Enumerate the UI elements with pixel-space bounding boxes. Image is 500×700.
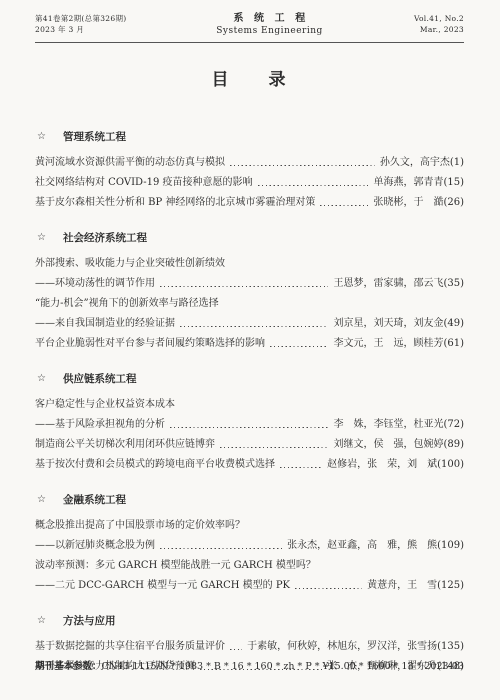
entry-subtitle: ——二元 DCC-GARCH 模型与一元 GARCH 模型的 PK [35, 576, 290, 596]
toc-entry-subtitle-row: ——环境动荡性的调节作用 王恩梦，雷家骕，邵云飞(35) [35, 274, 464, 294]
toc-entry: 制造商公平关切梯次利用闭环供应链博弈 刘继文，侯 强，包婉婷(89) [35, 435, 464, 455]
page-number: (125) [437, 580, 464, 591]
journal-parameters-label: 期刊基本参数： [35, 661, 102, 672]
entry-authors: 刘京星，刘天琦，刘友金(49) [333, 314, 464, 334]
toc-sections: ☆ 管理系统工程 黄河流域水资源供需平衡的动态仿真与模拟 孙久文，高宇杰(1) … [35, 127, 464, 677]
issue-date-line: 2023 年 3 月 [35, 24, 185, 35]
author-names: 黄薏舟，王 雪 [367, 580, 437, 591]
entry-authors: 王恩梦，雷家骕，邵云飞(35) [333, 274, 464, 294]
entry-authors: 张永杰，赵亚鑫，高 雅，熊 熊(109) [287, 536, 464, 556]
star-icon: ☆ [37, 127, 46, 147]
section-supply-chain-systems: ☆ 供应链系统工程 客户稳定性与企业权益资本成本 ——基于风险承担视角的分析 李… [35, 369, 464, 475]
toc-entry-title-row: “能力-机会”视角下的创新效率与路径选择 [35, 294, 464, 314]
author-names: 李文元，王 远，顾桂芳 [333, 338, 443, 349]
journal-title-en: Systems Engineering [185, 25, 354, 37]
section-socioeconomic-systems: ☆ 社会经济系统工程 外部搜索、吸收能力与企业突破性创新绩效 ——环境动荡性的调… [35, 228, 464, 354]
dot-leader [320, 193, 368, 213]
page-number: (61) [443, 338, 464, 349]
entry-title: 外部搜索、吸收能力与企业突破性创新绩效 [35, 254, 225, 274]
author-names: 刘继文，侯 强，包婉婷 [333, 439, 443, 450]
page-number: (49) [443, 318, 464, 329]
author-names: 于素敏，何秋婷，林旭东，罗汉洋，张雪扬 [247, 641, 437, 652]
entry-subtitle: ——来自我国制造业的经验证据 [35, 314, 175, 334]
dot-leader [160, 274, 328, 294]
toc-entry-subtitle-row: ——来自我国制造业的经验证据 刘京星，刘天琦，刘友金(49) [35, 314, 464, 334]
section-label: 方法与应用 [63, 611, 116, 631]
journal-toc-page: 第41卷第2期(总第326期) 2023 年 3 月 系 统 工 程 Syste… [0, 0, 500, 700]
author-names: 单海燕，郭青青 [373, 177, 443, 188]
dot-leader [170, 415, 328, 435]
toc-entry-subtitle-row: ——以新冠肺炎概念股为例 张永杰，赵亚鑫，高 雅，熊 熊(109) [35, 536, 464, 556]
author-names: 孙久文，高宇杰 [380, 157, 450, 168]
toc-entry-title-row: 外部搜索、吸收能力与企业突破性创新绩效 [35, 254, 464, 274]
toc-entry: 基于皮尔森相关性分析和 BP 神经网络的北京城市雾霾治理对策 张晓彬，于 澔(2… [35, 193, 464, 213]
toc-entry: 平台企业脆弱性对平台参与者间履约策略选择的影响 李文元，王 远，顾桂芳(61) [35, 334, 464, 354]
toc-entry: 基于数据挖掘的共享住宿平台服务质量评价 于素敏，何秋婷，林旭东，罗汉洋，张雪扬(… [35, 637, 464, 657]
star-icon: ☆ [37, 228, 46, 248]
entry-authors: 于素敏，何秋婷，林旭东，罗汉洋，张雪扬(135) [247, 637, 464, 657]
dot-leader [230, 637, 242, 657]
dot-leader [230, 153, 375, 173]
dot-leader [258, 173, 369, 193]
section-label: 管理系统工程 [63, 127, 126, 147]
toc-entry-title-row: 波动率预测：多元 GARCH 模型能战胜一元 GARCH 模型吗？ [35, 556, 464, 576]
entry-subtitle: ——基于风险承担视角的分析 [35, 415, 165, 435]
entry-title: “能力-机会”视角下的创新效率与路径选择 [35, 294, 219, 314]
entry-authors: 单海燕，郭青青(15) [373, 173, 464, 193]
author-names: 赵修岩，张 荣，刘 斌 [327, 459, 437, 470]
toc-entry: 基于按次付费和会员模式的跨境电商平台收费模式选择 赵修岩，张 荣，刘 斌(100… [35, 455, 464, 475]
section-heading: ☆ 方法与应用 [37, 611, 464, 631]
entry-title: 制造商公平关切梯次利用闭环供应链博弈 [35, 435, 215, 455]
journal-parameters-line: 期刊基本参数：CN43-1115/N * 1983 * B * 16 * 160… [35, 660, 470, 674]
page-number: (1) [450, 157, 464, 168]
star-icon: ☆ [37, 369, 46, 389]
author-names: 张永杰，赵亚鑫，高 雅，熊 熊 [287, 540, 437, 551]
dot-leader [160, 536, 282, 556]
toc-entry-title-row: 概念股推出提高了中国股票市场的定价效率吗？ [35, 516, 464, 536]
section-heading: ☆ 管理系统工程 [37, 127, 464, 147]
entry-authors: 刘继文，侯 强，包婉婷(89) [333, 435, 464, 455]
toc-entry-subtitle-row: ——基于风险承担视角的分析 李 姝，李钰堂，杜亚光(72) [35, 415, 464, 435]
dot-leader [270, 334, 328, 354]
page-number: (89) [443, 439, 464, 450]
entry-title: 概念股推出提高了中国股票市场的定价效率吗？ [35, 516, 245, 536]
volume-number-en: Vol.41, No.2 [354, 13, 464, 24]
entry-title: 基于数据挖掘的共享住宿平台服务质量评价 [35, 637, 225, 657]
author-names: 刘京星，刘天琦，刘友金 [333, 318, 443, 329]
entry-authors: 孙久文，高宇杰(1) [380, 153, 464, 173]
entry-title: 黄河流域水资源供需平衡的动态仿真与模拟 [35, 153, 225, 173]
page-number: (135) [437, 641, 464, 652]
star-icon: ☆ [37, 490, 46, 510]
page-number: (15) [443, 177, 464, 188]
author-names: 张晓彬，于 澔 [373, 197, 443, 208]
section-financial-systems: ☆ 金融系统工程 概念股推出提高了中国股票市场的定价效率吗？ ——以新冠肺炎概念… [35, 490, 464, 596]
page-number: (35) [443, 278, 464, 289]
issue-date-en: Mar., 2023 [354, 24, 464, 35]
entry-subtitle: ——以新冠肺炎概念股为例 [35, 536, 155, 556]
entry-title: 客户稳定性与企业权益资本成本 [35, 395, 175, 415]
entry-authors: 李 姝，李钰堂，杜亚光(72) [333, 415, 464, 435]
entry-authors: 张晓彬，于 澔(26) [373, 193, 464, 213]
toc-entry: 黄河流域水资源供需平衡的动态仿真与模拟 孙久文，高宇杰(1) [35, 153, 464, 173]
author-names: 李 姝，李钰堂，杜亚光 [333, 419, 443, 430]
star-icon: ☆ [37, 611, 46, 631]
author-names: 王恩梦，雷家骕，邵云飞 [333, 278, 443, 289]
journal-title-block: 系 统 工 程 Systems Engineering [185, 13, 354, 37]
entry-title: 平台企业脆弱性对平台参与者间履约策略选择的影响 [35, 334, 265, 354]
dot-leader [180, 314, 328, 334]
entry-authors: 赵修岩，张 荣，刘 斌(100) [327, 455, 464, 475]
issue-info: 第41卷第2期(总第326期) 2023 年 3 月 [35, 13, 185, 35]
entry-title: 波动率预测：多元 GARCH 模型能战胜一元 GARCH 模型吗？ [35, 556, 316, 576]
page-number: (26) [443, 197, 464, 208]
section-label: 社会经济系统工程 [63, 228, 147, 248]
section-heading: ☆ 社会经济系统工程 [37, 228, 464, 248]
volume-info-en: Vol.41, No.2 Mar., 2023 [354, 13, 464, 35]
dot-leader [280, 455, 322, 475]
header-divider [35, 42, 464, 43]
toc-entry: 社交网络结构对 COVID-19 疫苗接种意愿的影响 单海燕，郭青青(15) [35, 173, 464, 193]
entry-title: 基于皮尔森相关性分析和 BP 神经网络的北京城市雾霾治理对策 [35, 193, 315, 213]
page-title: 目 录 [35, 70, 464, 90]
page-number: (72) [443, 419, 464, 430]
entry-authors: 黄薏舟，王 雪(125) [367, 576, 464, 596]
section-heading: ☆ 金融系统工程 [37, 490, 464, 510]
entry-subtitle: ——环境动荡性的调节作用 [35, 274, 155, 294]
entry-authors: 李文元，王 远，顾桂芳(61) [333, 334, 464, 354]
section-heading: ☆ 供应链系统工程 [37, 369, 464, 389]
journal-title-cn: 系 统 工 程 [185, 13, 354, 25]
page-number: (109) [437, 540, 464, 551]
entry-title: 基于按次付费和会员模式的跨境电商平台收费模式选择 [35, 455, 275, 475]
journal-header: 第41卷第2期(总第326期) 2023 年 3 月 系 统 工 程 Syste… [35, 13, 464, 37]
toc-entry-title-row: 客户稳定性与企业权益资本成本 [35, 395, 464, 415]
issue-volume-line: 第41卷第2期(总第326期) [35, 13, 185, 24]
dot-leader [295, 576, 362, 596]
section-management-systems: ☆ 管理系统工程 黄河流域水资源供需平衡的动态仿真与模拟 孙久文，高宇杰(1) … [35, 127, 464, 213]
journal-parameters-value: CN43-1115/N * 1983 * B * 16 * 160 * zh *… [102, 661, 464, 672]
section-label: 金融系统工程 [63, 490, 126, 510]
dot-leader [220, 435, 328, 455]
toc-entry-subtitle-row: ——二元 DCC-GARCH 模型与一元 GARCH 模型的 PK 黄薏舟，王 … [35, 576, 464, 596]
section-label: 供应链系统工程 [63, 369, 137, 389]
page-number: (100) [437, 459, 464, 470]
entry-title: 社交网络结构对 COVID-19 疫苗接种意愿的影响 [35, 173, 253, 193]
